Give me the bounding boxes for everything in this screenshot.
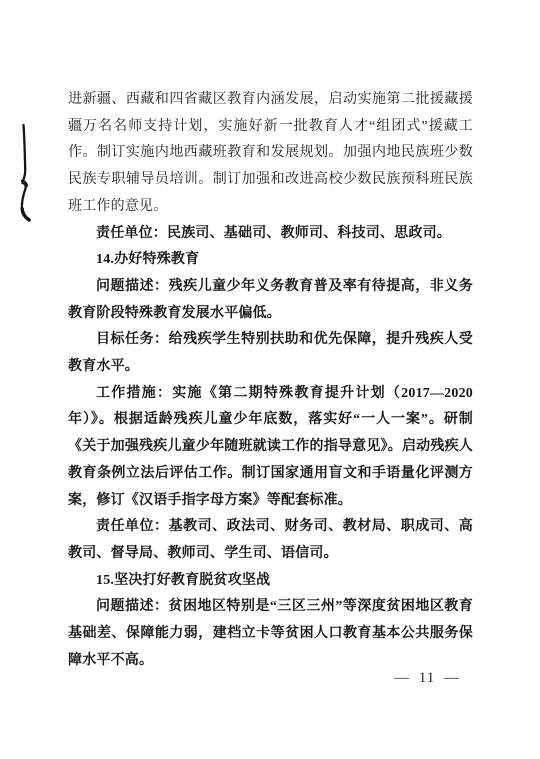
paragraph: 责任单位：基教司、政法司、财务司、教材局、职成司、高教司、督导局、教师司、学生司… (68, 514, 473, 567)
paragraph-leader: 责任单位： (96, 519, 169, 534)
ink-smudge-artifact (18, 122, 38, 224)
document-page: 进新疆、西藏和四省藏区教育内涵发展，启动实施第二批援藏援疆万名名师支持计划，实施… (0, 0, 540, 759)
page-number: — 11 — (394, 670, 460, 687)
paragraph: 目标任务：给残疾学生特别扶助和优先保障，提升残疾人受教育水平。 (68, 327, 473, 380)
paragraph: 进新疆、西藏和四省藏区教育内涵发展，启动实施第二批援藏援疆万名名师支持计划，实施… (68, 87, 473, 221)
section-heading: 15.坚决打好教育脱贫攻坚战 (68, 568, 473, 595)
paragraph-leader: 问题描述： (96, 279, 169, 294)
paragraph-leader: 责任单位： (96, 226, 167, 241)
paragraph: 工作措施：实施《第二期特殊教育提升计划（2017—2020年）》。根据适龄残疾儿… (68, 381, 473, 515)
paragraph-leader: 工作措施： (96, 386, 172, 401)
paragraph-leader: 目标任务： (96, 332, 169, 347)
paragraph: 问题描述：贫困地区特别是“三区三州”等深度贫困地区教育基础差、保障能力弱，建档立… (68, 594, 473, 674)
paragraph: 责任单位：民族司、基础司、教师司、科技司、思政司。 (68, 221, 473, 248)
paragraph: 问题描述：残疾儿童少年义务教育普及率有待提高，非义务教育阶段特殊教育发展水平偏低… (68, 274, 473, 327)
section-heading: 14.办好特殊教育 (68, 247, 473, 274)
document-text-block: 进新疆、西藏和四省藏区教育内涵发展，启动实施第二批援藏援疆万名名师支持计划，实施… (68, 87, 473, 674)
paragraph-leader: 问题描述： (96, 599, 168, 614)
